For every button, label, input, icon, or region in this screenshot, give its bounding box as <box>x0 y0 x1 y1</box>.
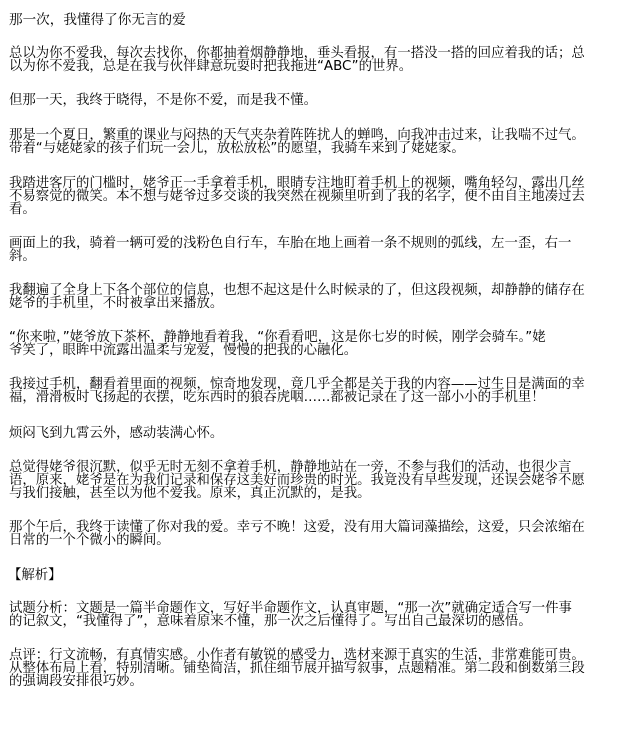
paragraph-line: 日常的一个个微小的瞬间。 <box>9 534 170 548</box>
paragraph-line: 爷笑了，眼眸中流露出温柔与宠爱，慢慢的把我的心融化。 <box>9 344 357 358</box>
paragraph-line: 烦闷飞到九霄云外，感动装满心怀。 <box>9 427 223 441</box>
paragraph-line: 带着“与姥姥家的孩子们玩一会儿，放松放松”的愿望，我骑车来到了姥姥家。 <box>9 142 465 156</box>
paragraph-line: 的强调段安排很巧妙。 <box>9 675 143 689</box>
essay-title: 那一次，我懂得了你无言的爱 <box>9 13 186 27</box>
paragraph-line: 斜。 <box>9 250 36 264</box>
paragraph-line: 福，滑滑板时飞扬起的衣摆，吃东西时的狼吞虎咽……都被记录在了这一部小小的手机里！ <box>9 391 545 405</box>
paragraph-line: 但那一天，我终于晓得，不是你不爱，而是我不懂。 <box>9 94 317 108</box>
paragraph-line: 画面上的我，骑着一辆可爱的浅粉色自行车，车胎在地上画着一条不规则的弧线，左一歪，… <box>9 237 571 251</box>
paragraph-line: 看。 <box>9 203 36 217</box>
paragraph-line: 姥爷的手机里，不时被拿出来播放。 <box>9 297 223 311</box>
analysis-heading: 【解析】 <box>8 569 62 583</box>
paragraph-line: 以为你不爱我，总是在我与伙伴肆意玩耍时把我拖进“ABC”的世界。 <box>9 60 412 74</box>
paragraph-line: 不易察觉的微笑。本不想与姥爷过多交谈的我突然在视频里听到了我的名字，便不由自主地… <box>9 190 585 204</box>
paragraph-line: 与我们接触，甚至以为他不爱我。原来，真正沉默的，是我。 <box>9 487 371 501</box>
paragraph-line: 的记叙文，“我懂得了”，意味着原来不懂，那一次之后懂得了。写出自己最深切的感悟。 <box>9 615 532 629</box>
